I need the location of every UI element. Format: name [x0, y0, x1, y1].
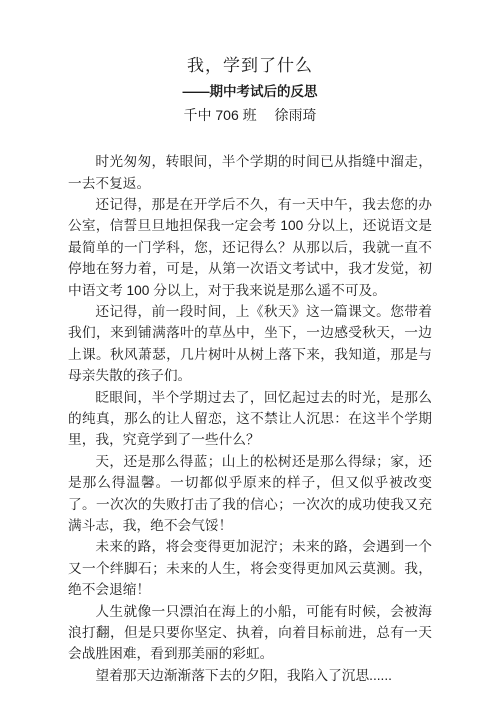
essay-paragraph-1: 时光匆匆，转眼间，半个学期的时间已从指缝中溜走，一去不复返。: [68, 151, 432, 194]
essay-subtitle: ——期中考试后的反思: [68, 83, 432, 101]
essay-body: 时光匆匆，转眼间，半个学期的时间已从指缝中溜走，一去不复返。 还记得，那是在开学…: [68, 151, 432, 686]
essay-paragraph-2: 还记得，那是在开学后不久，有一天中午，我去您的办公室，信誓旦旦地担保我一定会考 …: [68, 194, 432, 301]
essay-title: 我，学到了什么: [68, 56, 432, 76]
essay-paragraph-4: 眨眼间，半个学期过去了，回忆起过去的时光，是那么的纯真，那么的让人留恋，这不禁让…: [68, 387, 432, 451]
essay-paragraph-5: 天，还是那么得蓝；山上的松树还是那么得绿；家，还是那么得温馨。一切都似乎原来的样…: [68, 451, 432, 537]
essay-paragraph-8: 望着那天边渐渐落下去的夕阳，我陷入了沉思......: [68, 665, 432, 686]
essay-byline: 千中 706 班 徐雨琦: [68, 106, 432, 124]
essay-paragraph-6: 未来的路，将会变得更加泥泞；未来的路，会遇到一个又一个绊脚石；未来的人生，将会变…: [68, 536, 432, 600]
essay-paragraph-3: 还记得，前一段时间，上《秋天》这一篇课文。您带着我们，来到铺满落叶的草丛中，坐下…: [68, 301, 432, 387]
document-page: 我，学到了什么 ——期中考试后的反思 千中 706 班 徐雨琦 时光匆匆，转眼间…: [0, 0, 496, 702]
essay-paragraph-7: 人生就像一只漂泊在海上的小船，可能有时候，会被海浪打翻，但是只要你坚定、执着，向…: [68, 601, 432, 665]
